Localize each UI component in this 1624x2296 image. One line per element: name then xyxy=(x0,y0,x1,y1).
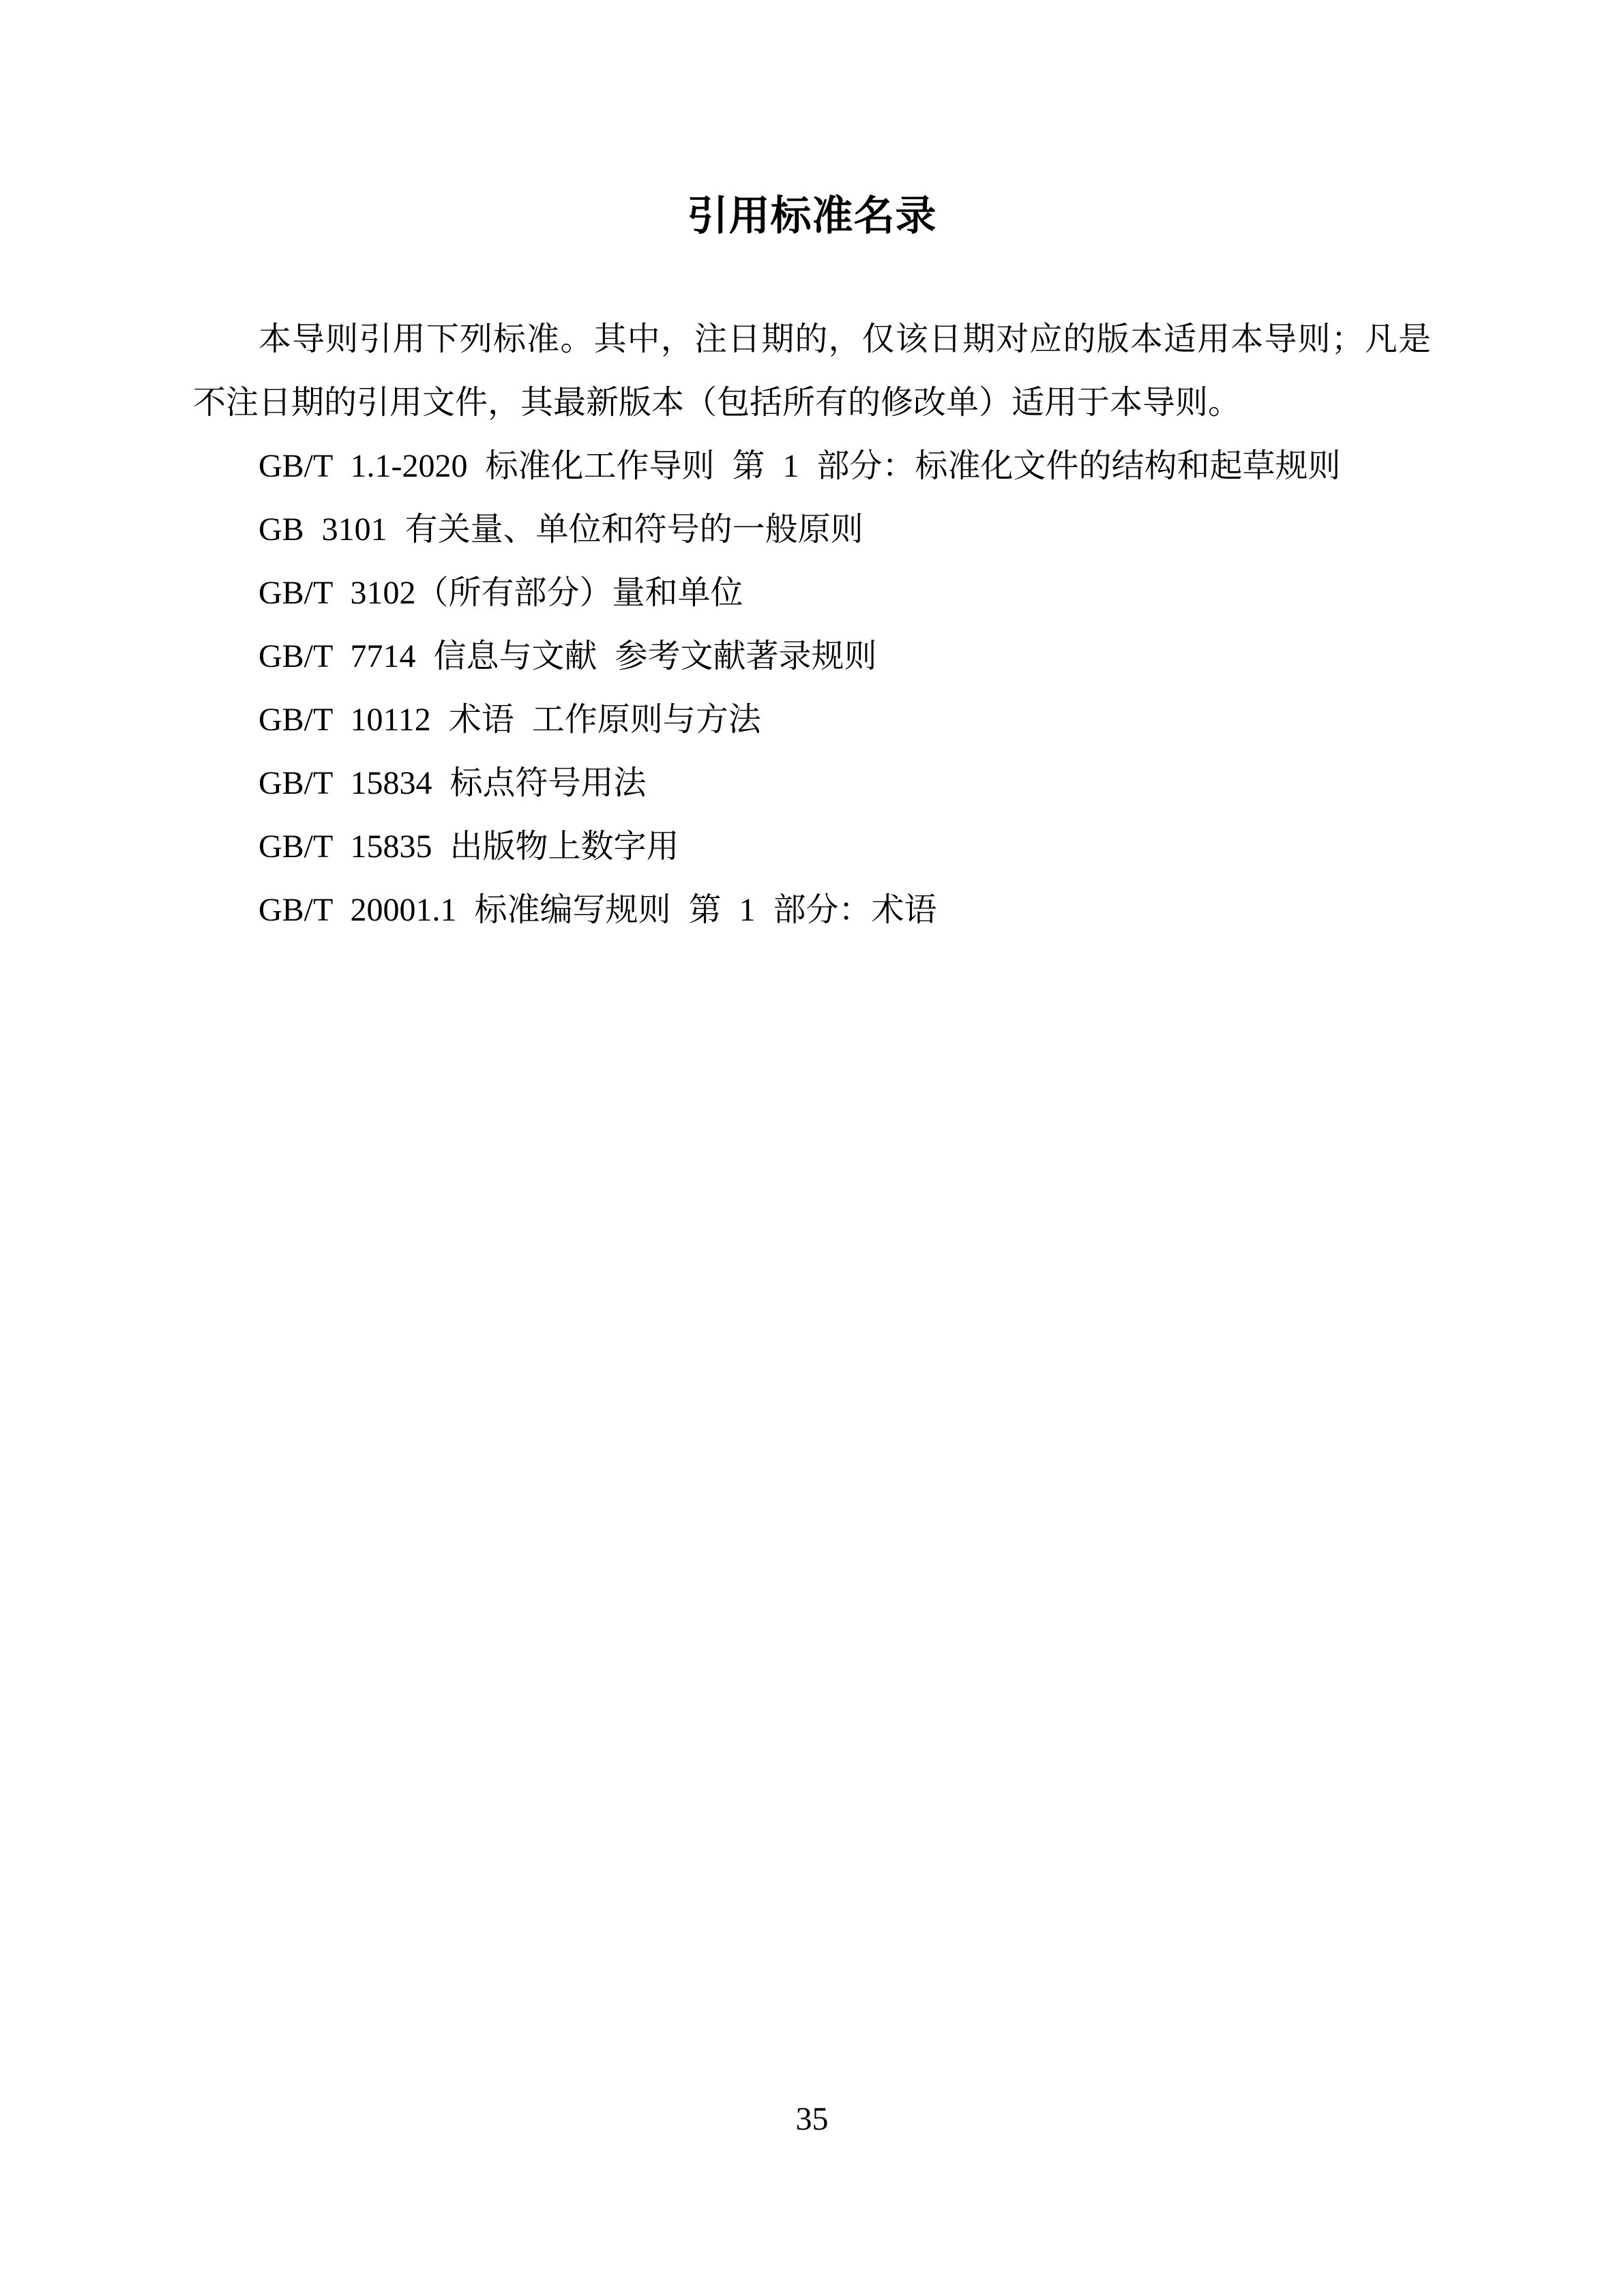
standard-item: GB/T 1.1-2020 标准化工作导则 第 1 部分：标准化文件的结构和起草… xyxy=(193,434,1431,498)
standard-item: GB/T 15834 标点符号用法 xyxy=(193,751,1431,815)
page-number: 35 xyxy=(0,2100,1624,2138)
standard-item: GB/T 3102（所有部分）量和单位 xyxy=(193,561,1431,625)
standard-item: GB/T 20001.1 标准编写规则 第 1 部分：术语 xyxy=(193,878,1431,942)
body-text: 本导则引用下列标准。其中，注日期的，仅该日期对应的版本适用本导则；凡是不注日期的… xyxy=(193,308,1431,942)
page-title: 引用标准名录 xyxy=(0,194,1624,239)
standard-item: GB 3101 有关量、单位和符号的一般原则 xyxy=(193,498,1431,561)
standard-item: GB/T 10112 术语 工作原则与方法 xyxy=(193,688,1431,751)
intro-paragraph: 本导则引用下列标准。其中，注日期的，仅该日期对应的版本适用本导则；凡是不注日期的… xyxy=(193,308,1431,434)
standards-list: GB/T 1.1-2020 标准化工作导则 第 1 部分：标准化文件的结构和起草… xyxy=(193,434,1431,942)
standard-item: GB/T 7714 信息与文献 参考文献著录规则 xyxy=(193,625,1431,688)
document-page: 引用标准名录 本导则引用下列标准。其中，注日期的，仅该日期对应的版本适用本导则；… xyxy=(0,0,1624,2296)
standard-item: GB/T 15835 出版物上数字用 xyxy=(193,815,1431,878)
